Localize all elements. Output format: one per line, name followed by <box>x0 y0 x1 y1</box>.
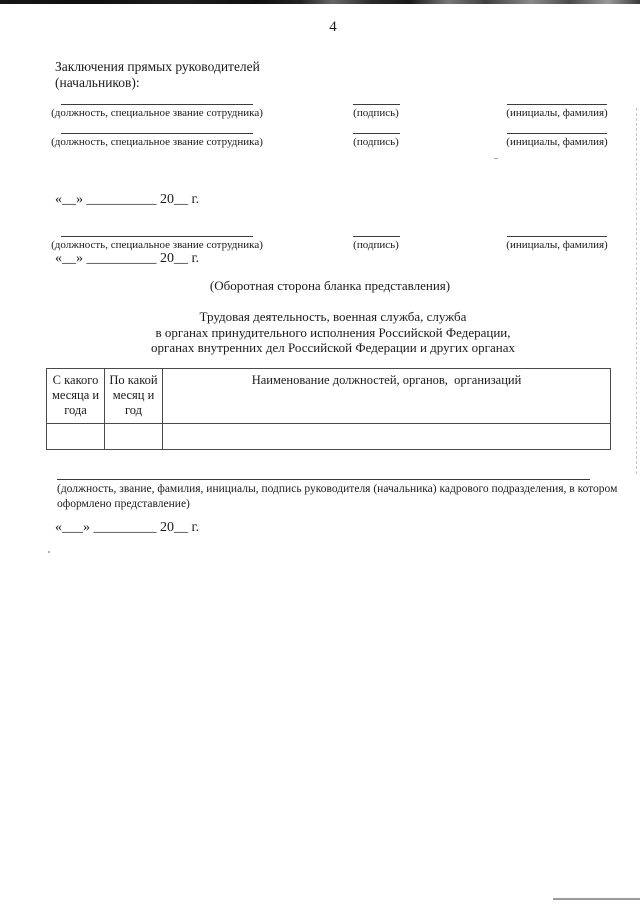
work-history-heading-line1: Трудовая деятельность, военная служба, с… <box>13 309 640 325</box>
scan-edge-artifact-bottom-right <box>553 898 640 900</box>
signature-blank-line <box>353 104 400 105</box>
signature-blank-line <box>353 133 400 134</box>
caption-name: (инициалы, фамилия) <box>498 136 616 149</box>
scan-speck <box>48 551 50 553</box>
signature-blank-line <box>507 104 607 105</box>
caption-signature: (подпись) <box>341 239 411 252</box>
scanned-form-page: 4 Заключения прямых руководителей (начал… <box>0 0 640 905</box>
conclusions-heading-line1: Заключения прямых руководителей <box>55 59 260 75</box>
caption-position: (должность, специальное звание сотрудник… <box>50 107 264 120</box>
work-history-heading-line3: органах внутренних дел Российской Федера… <box>13 340 640 356</box>
conclusions-heading-line2: (начальников): <box>55 75 260 91</box>
work-history-table: С какого месяца и года По какой месяц и … <box>46 368 611 450</box>
signature-cell-position: (должность, специальное звание сотрудник… <box>50 236 264 252</box>
signature-row-2: (должность, специальное звание сотрудник… <box>0 133 640 163</box>
signature-cell-name: (инициалы, фамилия) <box>498 133 616 149</box>
conclusions-heading: Заключения прямых руководителей (начальн… <box>55 59 260 91</box>
signature-cell-signature: (подпись) <box>341 236 411 252</box>
table-row <box>47 424 611 450</box>
signature-cell-name: (инициалы, фамилия) <box>498 104 616 120</box>
signature-blank-line <box>507 236 607 237</box>
date-blank-middle: «__» __________ 20__ г. <box>55 251 199 267</box>
signature-cell-name: (инициалы, фамилия) <box>498 236 616 252</box>
scan-speck <box>494 158 498 159</box>
signature-cell-signature: (подпись) <box>341 133 411 149</box>
header-position-organization: Наименование должностей, органов, органи… <box>163 369 611 424</box>
hr-officer-caption-line2: оформлено представление) <box>57 497 603 512</box>
scan-edge-artifact-top <box>0 0 640 4</box>
signature-blank-line <box>61 236 253 237</box>
signature-row-1: (должность, специальное звание сотрудник… <box>0 104 640 134</box>
caption-name: (инициалы, фамилия) <box>498 239 616 252</box>
signature-blank-line <box>61 133 253 134</box>
signature-blank-line <box>61 104 253 105</box>
cell-position-organization <box>163 424 611 450</box>
scan-edge-artifact-right <box>636 108 637 474</box>
caption-signature: (подпись) <box>341 107 411 120</box>
work-history-heading-line2: в органах принудительного исполнения Рос… <box>13 325 640 341</box>
date-blank-bottom: «___» _________ 20__ г. <box>55 520 199 536</box>
caption-signature: (подпись) <box>341 136 411 149</box>
header-from-month-year: С какого месяца и года <box>47 369 105 424</box>
caption-name: (инициалы, фамилия) <box>498 107 616 120</box>
signature-cell-signature: (подпись) <box>341 104 411 120</box>
signature-blank-line <box>507 133 607 134</box>
hr-officer-signature-block: (должность, звание, фамилия, инициалы, п… <box>57 479 603 511</box>
header-to-month-year: По какой месяц и год <box>105 369 163 424</box>
date-blank-top: «__» __________ 20__ г. <box>55 192 199 208</box>
hr-officer-caption-line1: (должность, звание, фамилия, инициалы, п… <box>57 482 603 497</box>
signature-blank-line <box>57 479 590 480</box>
table-header-row: С какого месяца и года По какой месяц и … <box>47 369 611 424</box>
signature-cell-position: (должность, специальное звание сотрудник… <box>50 133 264 149</box>
reverse-side-note: (Оборотная сторона бланка представления) <box>10 278 640 294</box>
signature-cell-position: (должность, специальное звание сотрудник… <box>50 104 264 120</box>
cell-to-month-year <box>105 424 163 450</box>
cell-from-month-year <box>47 424 105 450</box>
signature-blank-line <box>353 236 400 237</box>
caption-position: (должность, специальное звание сотрудник… <box>50 136 264 149</box>
page-number: 4 <box>13 19 640 36</box>
work-history-heading: Трудовая деятельность, военная служба, с… <box>13 309 640 356</box>
